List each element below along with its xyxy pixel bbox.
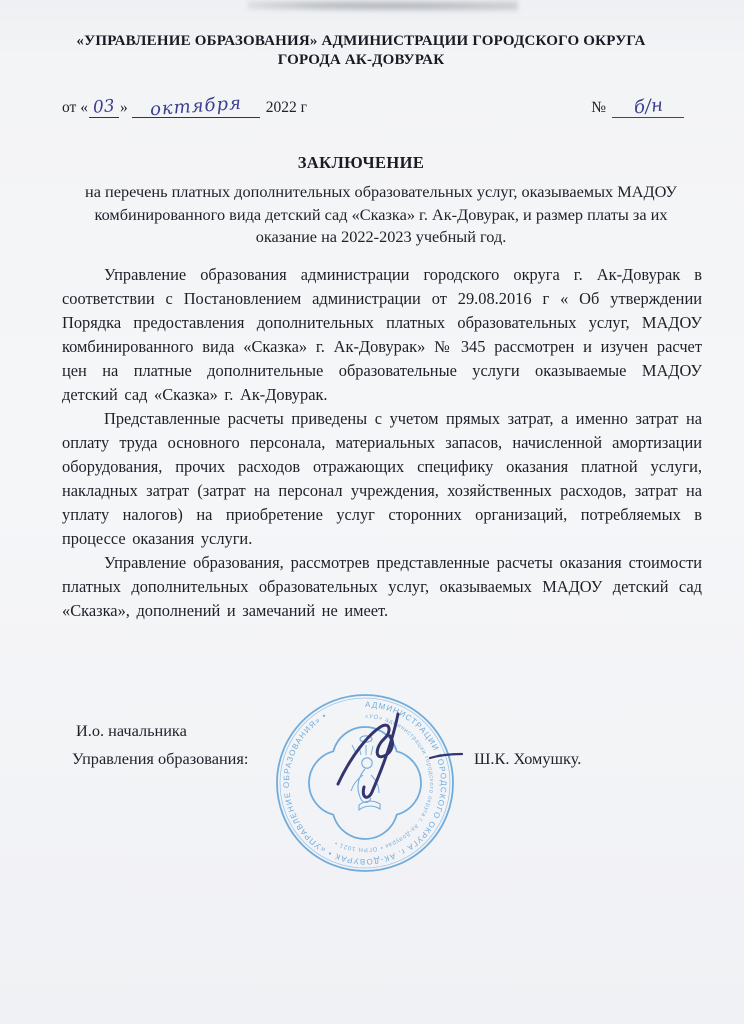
date-year: 2022 г: [266, 99, 307, 116]
number-label: №: [591, 99, 606, 116]
handwritten-signature: [330, 712, 490, 816]
org-header-line2: ГОРОДА АК-ДОВУРАК: [0, 51, 722, 70]
signer-name: Ш.К. Хомушку.: [474, 749, 581, 769]
document-title: ЗАКЛЮЧЕНИЕ: [0, 153, 722, 173]
date-number-line: от «03»октября2022 г №б/н: [62, 96, 684, 118]
date-prefix: от «: [62, 99, 88, 116]
paragraph-2: Представленные расчеты приведены с учето…: [62, 407, 702, 551]
document-body: Управление образования администрации гор…: [62, 263, 702, 623]
date-close-quote: »: [120, 99, 128, 116]
document-subtitle: на перечень платных дополнительных образ…: [62, 181, 700, 249]
handwritten-day: 03: [92, 96, 115, 118]
org-header-line1: «УПРАВЛЕНИЕ ОБРАЗОВАНИЯ» АДМИНИСТРАЦИИ Г…: [0, 32, 722, 51]
number-blank: б/н: [612, 96, 684, 118]
signature-dash: [430, 754, 462, 758]
date-day-blank: 03: [89, 97, 119, 118]
paragraph-1: Управление образования администрации гор…: [62, 263, 702, 407]
date-field: от «03»октября2022 г: [62, 96, 307, 118]
scan-artifact-smudge: [248, 0, 518, 13]
date-month-blank: октября: [132, 96, 260, 118]
signer-position-line1: И.о. начальника: [76, 721, 187, 741]
handwritten-number: б/н: [633, 95, 664, 119]
org-header: «УПРАВЛЕНИЕ ОБРАЗОВАНИЯ» АДМИНИСТРАЦИИ Г…: [0, 32, 722, 70]
paragraph-3: Управление образования, рассмотрев предс…: [62, 551, 702, 623]
signer-position-line2: Управления образования:: [72, 749, 248, 769]
document-number-field: №б/н: [591, 96, 684, 118]
scanned-document-page: «УПРАВЛЕНИЕ ОБРАЗОВАНИЯ» АДМИНИСТРАЦИИ Г…: [0, 0, 744, 1024]
handwritten-month: октября: [149, 93, 242, 120]
